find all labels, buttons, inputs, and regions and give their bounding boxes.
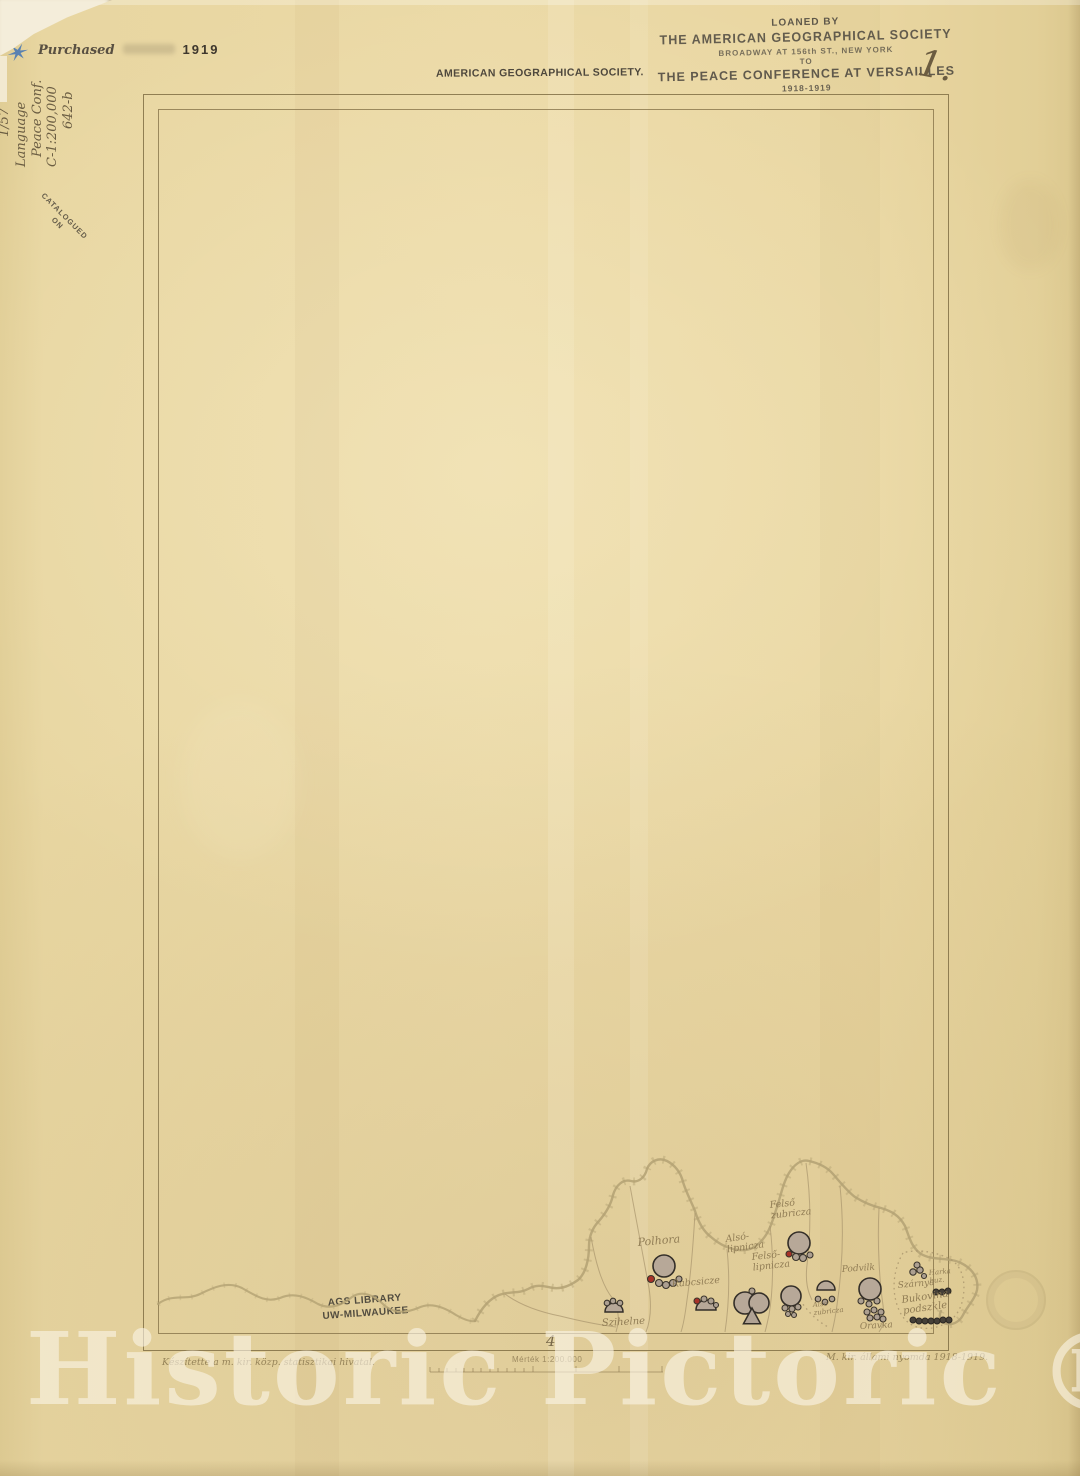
village-symbol [807,1252,813,1258]
village-symbol [782,1305,788,1311]
village-symbol [829,1296,835,1302]
village-symbol [714,1303,719,1308]
map-fragment: PolhoraAlsó-lipniczaFelsőzubriczaFelső-l… [0,1100,1080,1390]
village-symbol [694,1298,700,1304]
village-symbol [914,1262,920,1268]
ags-society-stamp: AMERICAN GEOGRAPHICAL SOCIETY. [436,66,644,79]
village-symbol [604,1300,610,1306]
paper-stain [1000,180,1060,270]
scale-bar [425,1360,675,1382]
village-symbol [653,1255,675,1277]
village-symbol [648,1276,655,1283]
village-label: Szihelne [602,1316,646,1329]
district-boundary [630,1186,650,1332]
purchased-stamp-label: Purchased [38,43,115,58]
paper-top-edge-highlight [0,0,1080,5]
village-symbol [663,1282,670,1289]
village-symbol [874,1314,880,1320]
margin-note-peace-conf: Peace Conf. [30,80,45,157]
torn-edge [0,56,7,102]
village-symbol [910,1317,916,1323]
village-symbol [859,1278,881,1300]
catalogued-stamp: CATALOGUED ON [32,191,89,248]
village-symbol [922,1318,928,1324]
village-label: Podvilk [841,1263,876,1275]
village-symbol [946,1317,952,1323]
village-symbol [786,1251,792,1257]
district-boundary [681,1213,695,1332]
map-credit-right: M. kir. állami nyomda 1918-1919. [826,1352,988,1363]
village-symbol [817,1281,835,1290]
village-symbol [789,1306,795,1312]
purchased-stamp: Purchased 1919 [38,42,219,58]
village-symbol [617,1300,623,1306]
purchased-stamp-year: 1919 [183,42,220,57]
district-boundary [505,1294,616,1327]
village-symbol [934,1318,940,1324]
village-symbol [749,1288,755,1294]
district-boundary [765,1226,773,1332]
village-symbol [928,1318,934,1324]
village-label: Harkabuz. [927,1267,951,1285]
village-symbol [701,1296,707,1302]
village-symbol [610,1298,616,1304]
village-label: Polhora [636,1232,681,1249]
village-label: Felső-lipnicza [750,1248,791,1273]
village-symbol [867,1315,873,1321]
village-label: Bukovina-podszkle [900,1288,955,1317]
village-symbol [800,1255,807,1262]
village-symbol [916,1318,922,1324]
village-symbol [781,1286,801,1306]
village-symbol [871,1307,877,1313]
village-symbol [858,1298,864,1304]
district-boundary [806,1163,812,1300]
village-symbol [792,1313,797,1318]
village-symbol [708,1298,714,1304]
map-sheet-scan: ✶ Purchased 1919 642-b C-1:200,000 Peace… [0,0,1080,1476]
village-symbol [786,1312,791,1317]
margin-note-call-number: 642-b [61,91,76,129]
village-symbol [940,1317,946,1323]
village-symbol [874,1298,880,1304]
village-symbol [795,1304,801,1310]
page-number: 4 [546,1332,556,1350]
village-symbol [788,1232,810,1254]
margin-note-fraction: 1/57 [0,108,12,137]
village-symbol [656,1280,663,1287]
village-label: Oravka [860,1320,893,1332]
village-label: Felsőzubricza [768,1196,812,1222]
district-boundary [725,1249,729,1332]
margin-note-language: Language [14,102,29,167]
margin-note-scale: C-1:200,000 [45,86,60,167]
village-symbol [910,1269,916,1275]
stamp-smudge [123,44,175,54]
map-credit-left: Készítette a m. kir. közp. statisztikai … [162,1357,375,1368]
village-symbol [793,1254,800,1261]
village-symbol [866,1301,872,1307]
village-symbol [864,1309,870,1315]
paper-bottom-edge-shadow [0,1460,1080,1476]
